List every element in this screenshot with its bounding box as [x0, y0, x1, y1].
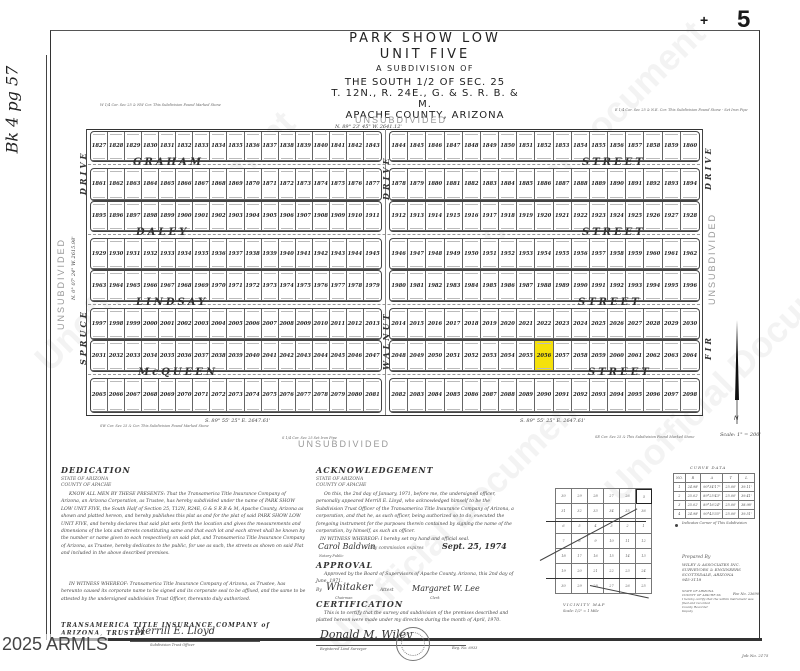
lot[interactable]: 1914 — [426, 202, 444, 231]
lot[interactable]: 1876 — [347, 169, 364, 200]
lot[interactable]: 1976 — [313, 271, 330, 301]
lot[interactable]: 2024 — [572, 309, 590, 339]
street-label-spruce: SPRUCE — [78, 309, 88, 365]
lot[interactable]: 1863 — [125, 169, 142, 200]
lot[interactable]: 1867 — [193, 169, 210, 200]
lot[interactable]: 1919 — [517, 202, 535, 231]
svg-text:N: N — [734, 416, 739, 422]
lot[interactable]: 1866 — [176, 169, 193, 200]
dedication-signature: Merrill E. Lloyd — [135, 626, 215, 637]
lot[interactable]: 1844 — [390, 132, 408, 161]
curve-legend: Indicates Corner of This Subdivision — [682, 521, 752, 525]
lot[interactable]: 2022 — [535, 309, 553, 339]
lot[interactable]: 2086 — [463, 379, 481, 412]
lot[interactable]: 1838 — [279, 132, 296, 161]
lot[interactable]: 1905 — [262, 202, 279, 231]
lot[interactable]: 1903 — [227, 202, 244, 231]
lot[interactable]: 1845 — [408, 132, 426, 161]
title-line-1: PARK SHOW LOW — [330, 31, 520, 46]
curve-header-cell: T — [723, 474, 739, 483]
lot[interactable]: 1884 — [499, 169, 517, 200]
lot[interactable]: 2053 — [481, 341, 499, 371]
lot[interactable]: 2043 — [296, 341, 313, 371]
certification-heading: CERTIFICATION — [316, 599, 403, 609]
lot[interactable]: 1849 — [481, 132, 499, 161]
book-reference-text: Bk 4 pg 57 — [2, 66, 21, 154]
lot[interactable]: 2079 — [330, 379, 347, 412]
lot[interactable]: 2074 — [245, 379, 262, 412]
lot[interactable]: 1949 — [445, 239, 463, 269]
lot[interactable]: 2096 — [644, 379, 662, 412]
lot-highlighted[interactable]: 2056 — [535, 341, 553, 371]
lot[interactable]: 1938 — [245, 239, 262, 269]
lot[interactable]: 1890 — [608, 169, 626, 200]
lot[interactable]: 2098 — [681, 379, 699, 412]
lot[interactable]: 1941 — [296, 239, 313, 269]
lot[interactable]: 1909 — [330, 202, 347, 231]
lot[interactable]: 1973 — [262, 271, 279, 301]
monument-note-sw: SW Cor. Sec 25 & Cor. This Subdivision F… — [100, 424, 209, 429]
book-reference: Bk 4 pg 57 — [8, 50, 38, 180]
lot[interactable]: 2004 — [210, 309, 227, 339]
lot[interactable]: 2069 — [159, 379, 176, 412]
lot[interactable]: 1861 — [91, 169, 108, 200]
lot[interactable]: 1858 — [644, 132, 662, 161]
lot[interactable]: 1994 — [644, 271, 662, 301]
lot[interactable]: 2054 — [499, 341, 517, 371]
lot[interactable]: 1957 — [590, 239, 608, 269]
vicinity-map-scale: Scale: 1/2" = 1 Mile — [563, 608, 599, 614]
curve-header-row: NO.RΔTL — [674, 474, 755, 483]
lot[interactable]: 1953 — [517, 239, 535, 269]
curve-cell: 24.98' — [685, 510, 701, 519]
lot[interactable]: 2068 — [142, 379, 159, 412]
lot[interactable]: 2049 — [408, 341, 426, 371]
lot[interactable]: 2050 — [426, 341, 444, 371]
lot[interactable]: 2089 — [517, 379, 535, 412]
lot[interactable]: 2093 — [590, 379, 608, 412]
bearing-west: N. 0° 07' 24" W. 2615.98' — [71, 236, 77, 300]
lot[interactable]: 1996 — [681, 271, 699, 301]
lot[interactable]: 1907 — [296, 202, 313, 231]
lot[interactable]: 1945 — [364, 239, 381, 269]
curve-cell: 25.00' — [723, 510, 739, 519]
lot[interactable]: 1982 — [426, 271, 444, 301]
lot[interactable]: 2018 — [463, 309, 481, 339]
lot[interactable]: 1974 — [279, 271, 296, 301]
lot[interactable]: 1904 — [245, 202, 262, 231]
lot[interactable]: 2057 — [554, 341, 572, 371]
lot[interactable]: 1912 — [390, 202, 408, 231]
lot[interactable]: 1862 — [108, 169, 125, 200]
lot[interactable]: 1843 — [364, 132, 381, 161]
lot[interactable]: 1901 — [193, 202, 210, 231]
lot[interactable]: 1864 — [142, 169, 159, 200]
lot[interactable]: 1927 — [663, 202, 681, 231]
lot[interactable]: 2095 — [626, 379, 644, 412]
commission-date: Sept. 25, 1974 — [442, 541, 507, 551]
lot[interactable]: 1962 — [681, 239, 699, 269]
lot[interactable]: 2031 — [91, 341, 108, 371]
lot[interactable]: 1846 — [426, 132, 444, 161]
lot[interactable]: 1987 — [517, 271, 535, 301]
lot[interactable]: 1835 — [227, 132, 244, 161]
lot[interactable]: 2052 — [463, 341, 481, 371]
lot[interactable]: 1951 — [481, 239, 499, 269]
lot[interactable]: 1997 — [91, 309, 108, 339]
curve-header-cell: L — [739, 474, 755, 483]
lot[interactable]: 1888 — [572, 169, 590, 200]
lot[interactable]: 1978 — [347, 271, 364, 301]
vicinity-cell: 25 — [636, 579, 652, 594]
lot[interactable]: 2016 — [426, 309, 444, 339]
street-label-daley-street: STREET — [582, 227, 646, 238]
vicinity-cell: 22 — [604, 564, 620, 579]
lot[interactable]: 2029 — [663, 309, 681, 339]
lot[interactable]: 2021 — [517, 309, 535, 339]
lot-row-row6-right: 2014201520162017201820192020202120222023… — [389, 308, 700, 340]
lot[interactable]: 2013 — [364, 309, 381, 339]
lot[interactable]: 1954 — [535, 239, 553, 269]
lot[interactable]: 1828 — [108, 132, 125, 161]
lot[interactable]: 2026 — [608, 309, 626, 339]
lot[interactable]: 2046 — [347, 341, 364, 371]
street-label-mcqueen-street: STREET — [588, 367, 652, 378]
lot[interactable]: 2076 — [279, 379, 296, 412]
lot-row-row3-left: 1895189618971898189919001901190219031904… — [90, 201, 382, 232]
lot[interactable]: 1946 — [390, 239, 408, 269]
vicinity-cell: 29 — [572, 579, 588, 594]
lot-row-row2-left: 1861186218631864186518661867186818691870… — [90, 168, 382, 201]
lot[interactable]: 2014 — [390, 309, 408, 339]
recording-fee-no: Fee No. 23690 — [733, 591, 759, 597]
lot[interactable]: 1891 — [626, 169, 644, 200]
lot[interactable]: 2048 — [390, 341, 408, 371]
vicinity-cell: 20 — [572, 564, 588, 579]
lot[interactable]: 2039 — [227, 341, 244, 371]
lot[interactable]: 1870 — [245, 169, 262, 200]
vicinity-cell: 23 — [620, 564, 636, 579]
lot[interactable]: 1980 — [390, 271, 408, 301]
lot[interactable]: 1850 — [499, 132, 517, 161]
lot[interactable]: 2070 — [176, 379, 193, 412]
vicinity-cell: 34 — [604, 504, 620, 519]
lot[interactable]: 1840 — [313, 132, 330, 161]
lot[interactable]: 1970 — [210, 271, 227, 301]
lot[interactable]: 1894 — [681, 169, 699, 200]
lot[interactable]: 2011 — [330, 309, 347, 339]
lot[interactable]: 1885 — [517, 169, 535, 200]
lot[interactable]: 1936 — [210, 239, 227, 269]
lot[interactable]: 1998 — [108, 309, 125, 339]
left-margin-line — [46, 55, 47, 640]
vicinity-cell: 27 — [604, 489, 620, 504]
lot-row-row6-left: 1997199819992000200120022003200420052006… — [90, 308, 382, 340]
lot[interactable]: 1950 — [463, 239, 481, 269]
vicinity-cell: 21 — [588, 564, 604, 579]
lot[interactable]: 1988 — [535, 271, 553, 301]
lot[interactable]: 1995 — [663, 271, 681, 301]
lot[interactable]: 1929 — [91, 239, 108, 269]
lot-row-row1-right: 1844184518461847184818491850185118521853… — [389, 131, 700, 162]
lot[interactable]: 1958 — [608, 239, 626, 269]
lot[interactable]: 1827 — [91, 132, 108, 161]
lot-row-row7-right: 2048204920502051205220532054205520562057… — [389, 340, 700, 372]
lot[interactable]: 1986 — [499, 271, 517, 301]
lot[interactable]: 1886 — [535, 169, 553, 200]
acknowledgement-body: On this, the 2nd day of January, 1971, b… — [316, 491, 516, 535]
lot[interactable]: 1911 — [364, 202, 381, 231]
lot[interactable]: 1871 — [262, 169, 279, 200]
vicinity-cell: 9 — [588, 534, 604, 549]
lot[interactable]: 1926 — [644, 202, 662, 231]
lot[interactable]: 1981 — [408, 271, 426, 301]
lot-row-row5-right: 1980198119821983198419851986198719881989… — [389, 270, 700, 302]
lot[interactable]: 2017 — [445, 309, 463, 339]
lot[interactable]: 1940 — [279, 239, 296, 269]
lot[interactable]: 1915 — [445, 202, 463, 231]
lot[interactable]: 1842 — [347, 132, 364, 161]
lot[interactable]: 2078 — [313, 379, 330, 412]
lot[interactable]: 1848 — [463, 132, 481, 161]
lot[interactable]: 2001 — [159, 309, 176, 339]
lot[interactable]: 2045 — [330, 341, 347, 371]
curve-header-cell: Δ — [701, 474, 723, 483]
lot[interactable]: 2020 — [499, 309, 517, 339]
lot[interactable]: 1964 — [108, 271, 125, 301]
unsubdivided-label-east: UNSUBDIVIDED — [707, 213, 717, 305]
curve-cell: 39.51' — [739, 510, 755, 519]
vicinity-cell: 19 — [556, 564, 572, 579]
lot[interactable]: 1906 — [279, 202, 296, 231]
monument-note-se: SE Cor. Sec 25 & This Subdivision Found … — [595, 435, 694, 440]
lot[interactable]: 2067 — [125, 379, 142, 412]
lot[interactable]: 1836 — [245, 132, 262, 161]
lot[interactable]: 2000 — [142, 309, 159, 339]
dedication-signature-caption: Subdivision Trust Officer — [150, 642, 195, 648]
lot[interactable]: 2090 — [535, 379, 553, 412]
lot[interactable]: 2084 — [426, 379, 444, 412]
curve-cell: 3 — [674, 501, 686, 510]
lot[interactable]: 2072 — [210, 379, 227, 412]
vicinity-cell: 16 — [588, 549, 604, 564]
curve-data-table: NO.RΔTL124.98'90°34'17"25.00'39.11'225.0… — [673, 473, 755, 519]
lot[interactable]: 1913 — [408, 202, 426, 231]
lot[interactable]: 1955 — [554, 239, 572, 269]
lot[interactable]: 1943 — [330, 239, 347, 269]
lot[interactable]: 1916 — [463, 202, 481, 231]
lot[interactable]: 2030 — [681, 309, 699, 339]
vicinity-cell: 12 — [636, 534, 652, 549]
lot[interactable]: 1878 — [390, 169, 408, 200]
lot[interactable]: 1859 — [663, 132, 681, 161]
lot[interactable]: 1972 — [245, 271, 262, 301]
lot[interactable]: 1875 — [330, 169, 347, 200]
lot[interactable]: 1918 — [499, 202, 517, 231]
lot[interactable]: 1902 — [210, 202, 227, 231]
lot[interactable]: 2080 — [347, 379, 364, 412]
lot[interactable]: 1837 — [262, 132, 279, 161]
lot[interactable]: 1893 — [663, 169, 681, 200]
lot[interactable]: 1971 — [227, 271, 244, 301]
lot[interactable]: 1934 — [176, 239, 193, 269]
curve-cell: 1 — [674, 483, 686, 492]
lot[interactable]: 1952 — [499, 239, 517, 269]
lot[interactable]: 2064 — [681, 341, 699, 371]
lot[interactable]: 1889 — [590, 169, 608, 200]
lot[interactable]: 1939 — [262, 239, 279, 269]
lot[interactable]: 1872 — [279, 169, 296, 200]
lot[interactable]: 2019 — [481, 309, 499, 339]
lot[interactable]: 2087 — [481, 379, 499, 412]
lot[interactable]: 2051 — [445, 341, 463, 371]
lot[interactable]: 2091 — [554, 379, 572, 412]
lot[interactable]: 2002 — [176, 309, 193, 339]
lot[interactable]: 1860 — [681, 132, 699, 161]
lot[interactable]: 1880 — [426, 169, 444, 200]
lot[interactable]: 2015 — [408, 309, 426, 339]
lot[interactable]: 2010 — [313, 309, 330, 339]
lot[interactable]: 2065 — [91, 379, 108, 412]
lot-row-row5-left: 1963196419651966196719681969197019711972… — [90, 270, 382, 302]
lot[interactable]: 2008 — [279, 309, 296, 339]
lot[interactable]: 1999 — [125, 309, 142, 339]
lot[interactable]: 2047 — [364, 341, 381, 371]
lot[interactable]: 2066 — [108, 379, 125, 412]
lot[interactable]: 1874 — [313, 169, 330, 200]
lot[interactable]: 1947 — [408, 239, 426, 269]
vicinity-cell: 17 — [572, 549, 588, 564]
approval-heading: APPROVAL — [316, 560, 373, 570]
lot[interactable]: 1892 — [644, 169, 662, 200]
lot[interactable]: 1931 — [125, 239, 142, 269]
lot[interactable]: 1834 — [210, 132, 227, 161]
lot[interactable]: 2040 — [245, 341, 262, 371]
lot[interactable]: 1917 — [481, 202, 499, 231]
lot[interactable]: 2094 — [608, 379, 626, 412]
lot[interactable]: 1882 — [463, 169, 481, 200]
lot[interactable]: 2071 — [193, 379, 210, 412]
lot[interactable]: 1944 — [347, 239, 364, 269]
lot[interactable]: 2005 — [227, 309, 244, 339]
lot[interactable]: 2003 — [193, 309, 210, 339]
corner-marker-icon — [675, 524, 678, 527]
lot[interactable]: 1847 — [445, 132, 463, 161]
lot[interactable]: 1852 — [535, 132, 553, 161]
lot[interactable]: 1895 — [91, 202, 108, 231]
lot[interactable]: 1933 — [159, 239, 176, 269]
lot[interactable]: 1869 — [227, 169, 244, 200]
lot[interactable]: 2012 — [347, 309, 364, 339]
lot[interactable]: 2077 — [296, 379, 313, 412]
lot[interactable]: 1873 — [296, 169, 313, 200]
lot[interactable]: 1853 — [554, 132, 572, 161]
lot[interactable]: 1959 — [626, 239, 644, 269]
lot[interactable]: 1877 — [364, 169, 381, 200]
lot[interactable]: 1942 — [313, 239, 330, 269]
lot[interactable]: 1961 — [663, 239, 681, 269]
lot[interactable]: 2092 — [572, 379, 590, 412]
lot-row-row8-left: 2065206620672068206920702071207220732074… — [90, 378, 382, 413]
lot[interactable]: 2088 — [499, 379, 517, 412]
lot[interactable]: 1841 — [330, 132, 347, 161]
lot[interactable]: 2025 — [590, 309, 608, 339]
lot[interactable]: 1979 — [364, 271, 381, 301]
street-label-walnut: WALNUT — [381, 311, 391, 370]
lot[interactable]: 1963 — [91, 271, 108, 301]
lot[interactable]: 1983 — [445, 271, 463, 301]
lot[interactable]: 2023 — [554, 309, 572, 339]
lot[interactable]: 1879 — [408, 169, 426, 200]
lot[interactable]: 1935 — [193, 239, 210, 269]
lot[interactable]: 1883 — [481, 169, 499, 200]
title-line-3: A SUBDIVISION OF — [330, 64, 520, 73]
scale-label: Scale: 1" = 200' — [720, 432, 761, 438]
lot[interactable]: 2032 — [108, 341, 125, 371]
lot[interactable]: 2055 — [517, 341, 535, 371]
lot[interactable]: 2044 — [313, 341, 330, 371]
lot[interactable]: 1984 — [463, 271, 481, 301]
lot[interactable]: 2075 — [262, 379, 279, 412]
lot[interactable]: 1865 — [159, 169, 176, 200]
lot[interactable]: 2027 — [626, 309, 644, 339]
curve-cell: 25.00' — [723, 483, 739, 492]
lot[interactable]: 2009 — [296, 309, 313, 339]
street-label-daley: DALEY — [136, 227, 189, 238]
lot[interactable]: 1910 — [347, 202, 364, 231]
lot[interactable]: 2006 — [245, 309, 262, 339]
lot[interactable]: 1868 — [210, 169, 227, 200]
lot[interactable]: 1851 — [517, 132, 535, 161]
lot[interactable]: 2097 — [663, 379, 681, 412]
lot[interactable]: 2063 — [663, 341, 681, 371]
vicinity-cell: 28 — [588, 489, 604, 504]
lot[interactable]: 1887 — [554, 169, 572, 200]
lot[interactable]: 1948 — [426, 239, 444, 269]
lot[interactable]: 1881 — [445, 169, 463, 200]
lot[interactable]: 1908 — [313, 202, 330, 231]
lot[interactable]: 2042 — [279, 341, 296, 371]
lot[interactable]: 1921 — [554, 202, 572, 231]
clerk-caption: Clerk — [430, 595, 440, 601]
lot[interactable]: 1839 — [296, 132, 313, 161]
lot[interactable]: 1920 — [535, 202, 553, 231]
lot[interactable]: 2083 — [408, 379, 426, 412]
lot[interactable]: 1930 — [108, 239, 125, 269]
lot[interactable]: 2007 — [262, 309, 279, 339]
certification-body: This is to certify that the survey and s… — [316, 610, 516, 625]
lot[interactable]: 1977 — [330, 271, 347, 301]
lot[interactable]: 1928 — [681, 202, 699, 231]
lot[interactable]: 1960 — [644, 239, 662, 269]
vicinity-cell: 33 — [588, 504, 604, 519]
lot[interactable]: 2082 — [390, 379, 408, 412]
lot[interactable]: 1985 — [481, 271, 499, 301]
lot[interactable]: 2081 — [364, 379, 381, 412]
lot[interactable]: 1989 — [554, 271, 572, 301]
lot[interactable]: 1956 — [572, 239, 590, 269]
lot[interactable]: 1937 — [227, 239, 244, 269]
lot[interactable]: 2028 — [644, 309, 662, 339]
lot[interactable]: 2085 — [445, 379, 463, 412]
lot[interactable]: 1975 — [296, 271, 313, 301]
title-line-2: UNIT FIVE — [330, 47, 520, 62]
lot[interactable]: 1932 — [142, 239, 159, 269]
lot[interactable]: 1896 — [108, 202, 125, 231]
street-label-drive-center: DRIVE — [381, 155, 391, 200]
lot[interactable]: 2041 — [262, 341, 279, 371]
lot[interactable]: 2073 — [227, 379, 244, 412]
